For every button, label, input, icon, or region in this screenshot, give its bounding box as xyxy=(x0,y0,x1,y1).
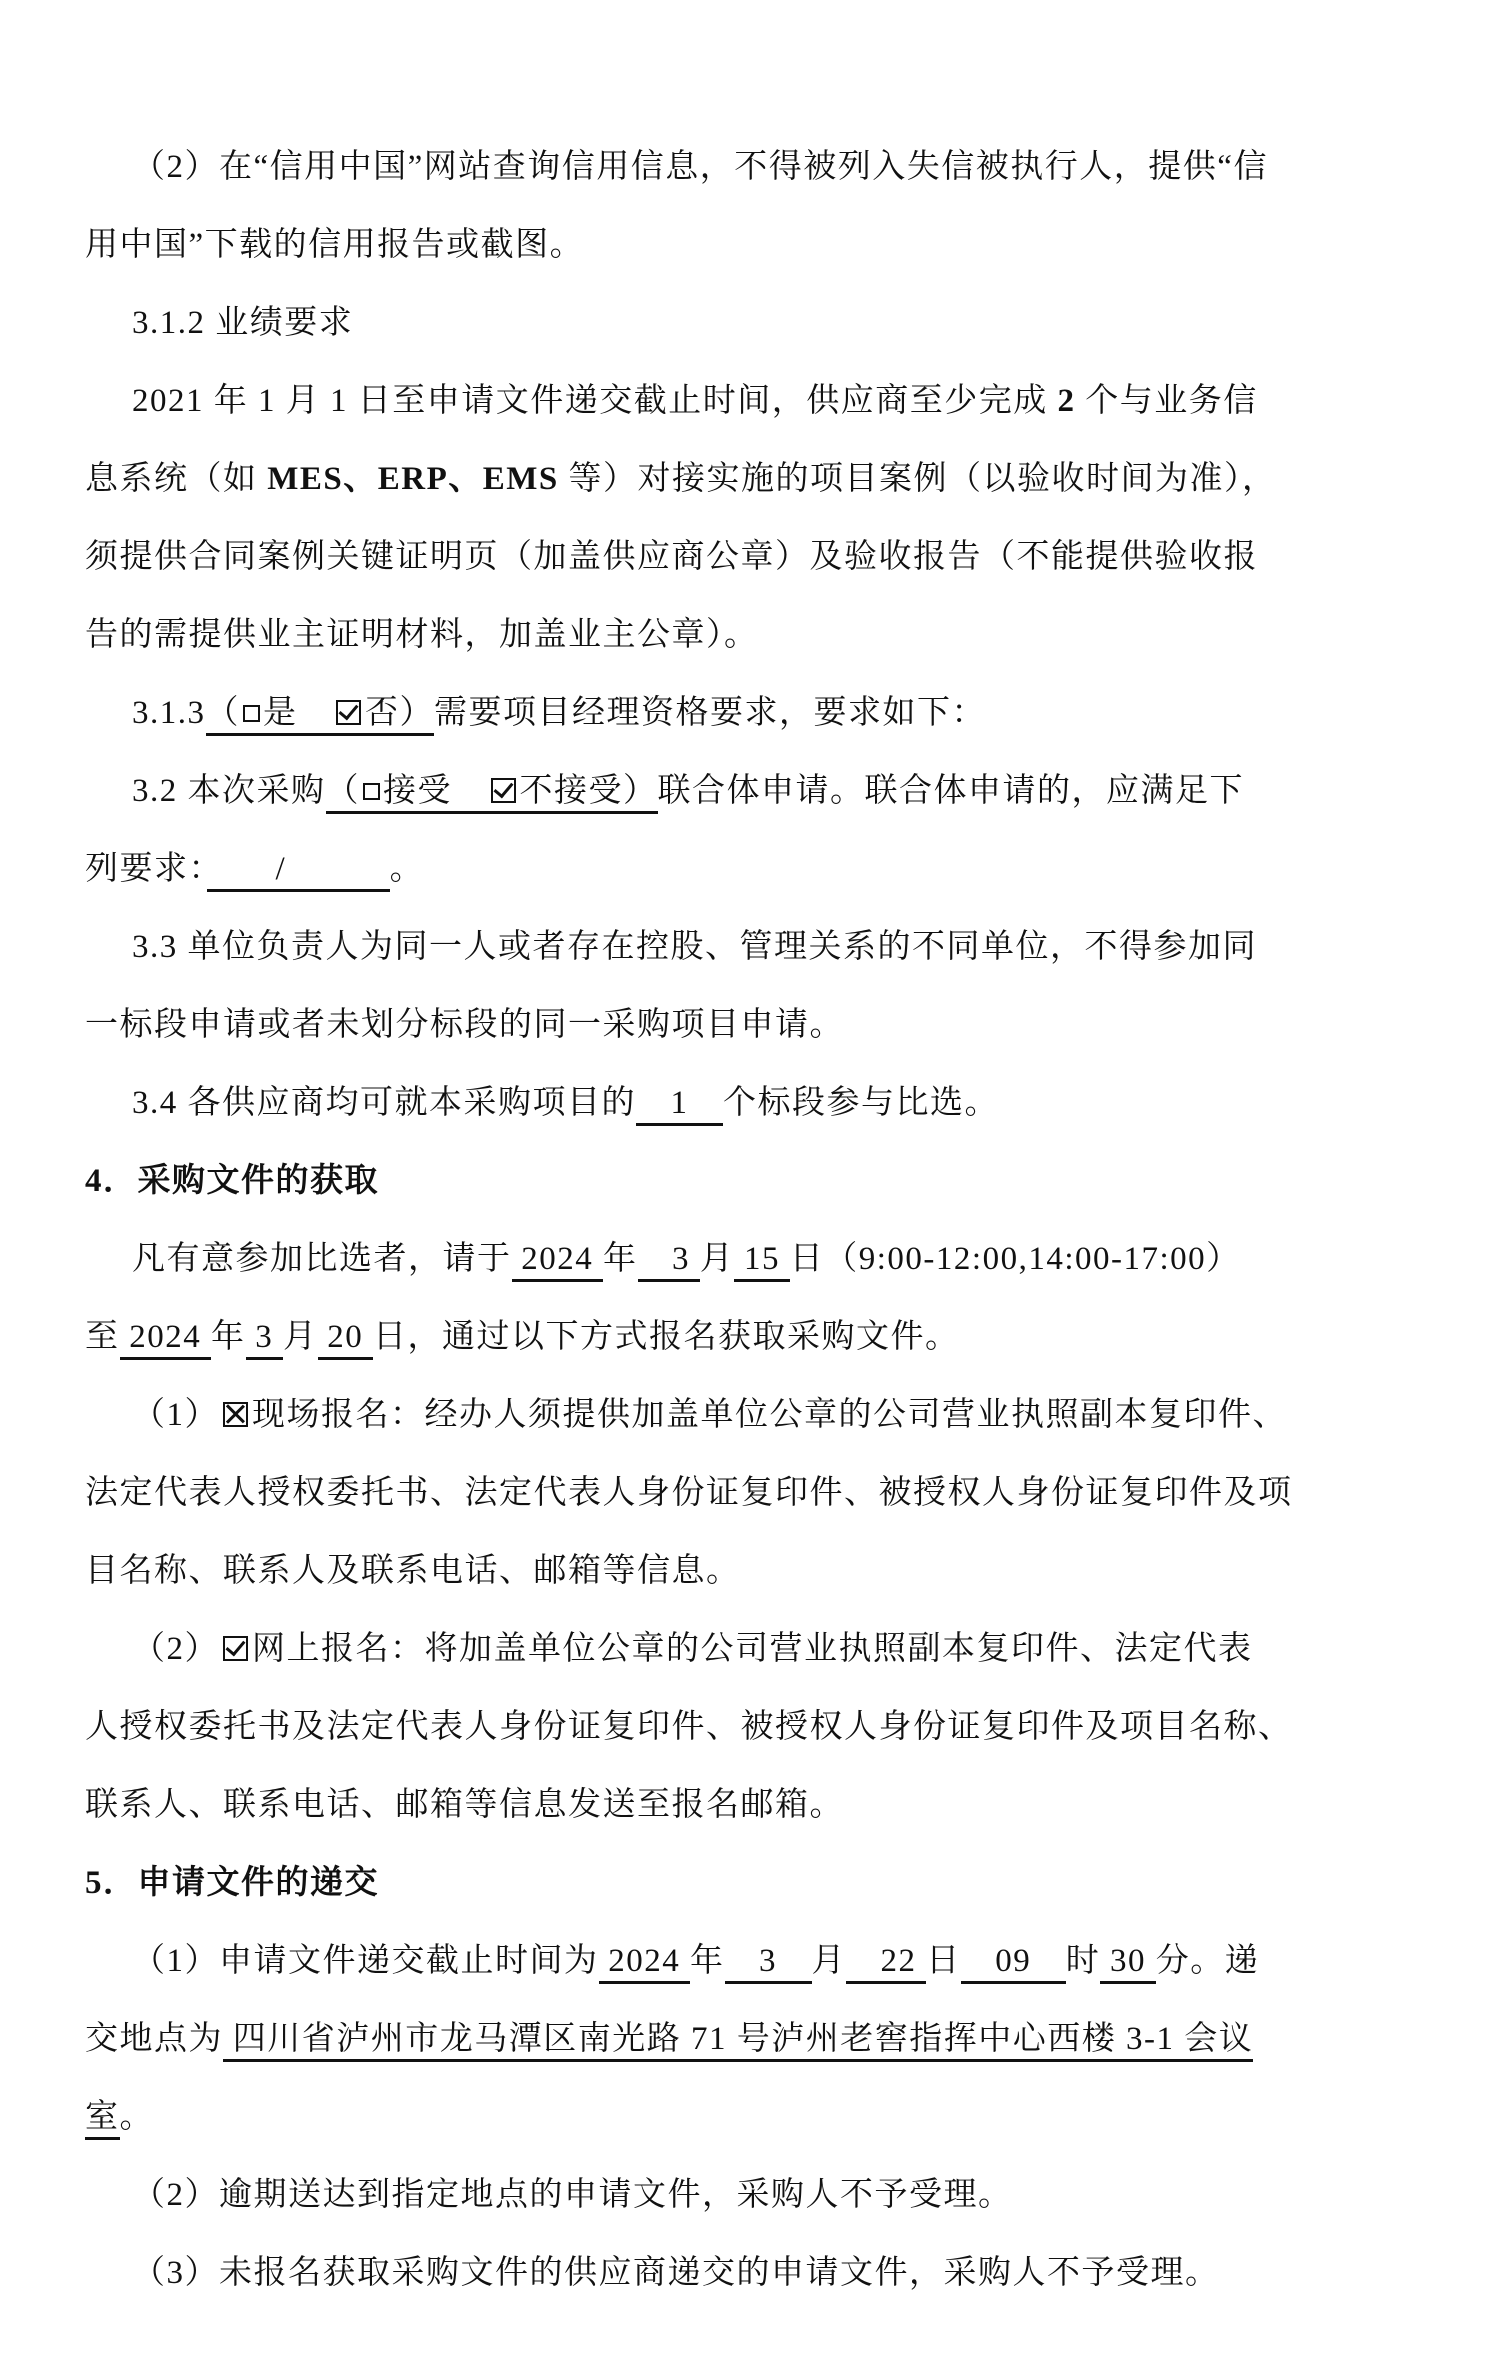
section-heading: 5．申请文件的递交 xyxy=(85,1844,1420,1922)
text-run: 分。递 xyxy=(1156,1943,1260,1979)
text-run: （2）在“信用中国”网站查询信用信息，不得被列入失信被执行人，提供“信 xyxy=(132,149,1268,185)
text-run: 2024 xyxy=(599,1943,691,1984)
checkbox-checked-icon xyxy=(336,700,361,725)
document-page: （2）在“信用中国”网站查询信用信息，不得被列入失信被执行人，提供“信用中国”下… xyxy=(0,0,1500,2366)
text-run: 室 xyxy=(85,2099,120,2140)
paragraph-line: （1）申请文件递交截止时间为 2024 年 3 月 22 日 09 时 30 分… xyxy=(85,1922,1420,2000)
text-run: 09 xyxy=(961,1943,1066,1984)
text-run: 联合体申请。联合体申请的，应满足下 xyxy=(658,773,1245,809)
text-run: 3 xyxy=(246,1319,284,1360)
text-run: 一标段申请或者未划分标段的同一采购项目申请。 xyxy=(85,1007,844,1043)
checkbox-crossed-icon-wrap xyxy=(219,1397,252,1433)
text-run: 网上报名：将加盖单位公章的公司营业执照副本复印件、法定代表 xyxy=(252,1631,1253,1667)
text-run: 等）对接实施的项目案例（以验收时间为准）， xyxy=(559,461,1277,497)
text-run: MES、ERP、EMS xyxy=(267,461,559,497)
paragraph-line: 联系人、联系电话、邮箱等信息发送至报名邮箱。 xyxy=(85,1766,1420,1844)
text-run: 告的需提供业主证明材料，加盖业主公章）。 xyxy=(85,617,759,653)
paragraph-line: 列要求： / 。 xyxy=(85,830,1420,908)
text-run: 30 xyxy=(1100,1943,1156,1984)
paragraph-line: 人授权委托书及法定代表人身份证复印件、被授权人身份证复印件及项目名称、 xyxy=(85,1688,1420,1766)
paragraph-line: 2021 年 1 月 1 日至申请文件递交截止时间，供应商至少完成 2 个与业务… xyxy=(85,362,1420,440)
text-run: 个与业务信 xyxy=(1076,383,1258,419)
text-run: 凡有意参加比选者，请于 xyxy=(132,1241,512,1277)
text-run: 3 xyxy=(638,1241,700,1282)
paragraph-line: （1）现场报名：经办人须提供加盖单位公章的公司营业执照副本复印件、 xyxy=(85,1376,1420,1454)
text-run: 3.3 单位负责人为同一人或者存在控股、管理关系的不同单位，不得参加同 xyxy=(132,929,1257,965)
document-body: （2）在“信用中国”网站查询信用信息，不得被列入失信被执行人，提供“信用中国”下… xyxy=(85,128,1420,2312)
text-run: （2）逾期送达到指定地点的申请文件，采购人不予受理。 xyxy=(132,2177,1013,2213)
paragraph-line: 告的需提供业主证明材料，加盖业主公章）。 xyxy=(85,596,1420,674)
text-run: 日，通过以下方式报名获取采购文件。 xyxy=(373,1319,960,1355)
text-run: 年 xyxy=(603,1241,638,1277)
text-run: 。 xyxy=(390,851,425,887)
checkbox-empty-icon-wrap xyxy=(360,773,383,814)
section-heading: 4．采购文件的获取 xyxy=(85,1142,1420,1220)
text-run: （3）未报名获取采购文件的供应商递交的申请文件，采购人不予受理。 xyxy=(132,2255,1220,2291)
paragraph-line: 3.1.3（是 否）需要项目经理资格要求，要求如下： xyxy=(85,674,1420,752)
paragraph-line: 一标段申请或者未划分标段的同一采购项目申请。 xyxy=(85,986,1420,1064)
text-run: 2 xyxy=(1058,383,1076,419)
text-run: 1 xyxy=(636,1085,723,1126)
text-run: 月 xyxy=(283,1319,318,1355)
paragraph-line: 须提供合同案例关键证明页（加盖供应商公章）及验收报告（不能提供验收报 xyxy=(85,518,1420,596)
text-run: 须提供合同案例关键证明页（加盖供应商公章）及验收报告（不能提供验收报 xyxy=(85,539,1258,575)
paragraph-line: 用中国”下载的信用报告或截图。 xyxy=(85,206,1420,284)
text-run: 现场报名：经办人须提供加盖单位公章的公司营业执照副本复印件、 xyxy=(252,1397,1287,1433)
text-run: 3.4 各供应商均可就本采购项目的 xyxy=(132,1085,636,1121)
text-run: 人授权委托书及法定代表人身份证复印件、被授权人身份证复印件及项目名称、 xyxy=(85,1709,1293,1745)
text-run: 3 xyxy=(725,1943,812,1984)
text-run: （2） xyxy=(132,1631,219,1667)
text-run: 15 xyxy=(734,1241,790,1282)
checkbox-empty-icon xyxy=(363,783,380,800)
checkbox-checked-icon-wrap xyxy=(487,773,520,814)
text-run: （1）申请文件递交截止时间为 xyxy=(132,1943,599,1979)
text-run: 2021 年 1 月 1 日至申请文件递交截止时间，供应商至少完成 xyxy=(132,383,1058,419)
paragraph-line: （3）未报名获取采购文件的供应商递交的申请文件，采购人不予受理。 xyxy=(85,2234,1420,2312)
paragraph-line: 3.4 各供应商均可就本采购项目的 1 个标段参与比选。 xyxy=(85,1064,1420,1142)
text-run: 20 xyxy=(318,1319,374,1360)
checkbox-empty-icon xyxy=(243,705,260,722)
paragraph-line: 室。 xyxy=(85,2078,1420,2156)
text-run: 22 xyxy=(846,1943,926,1984)
text-run: 月 xyxy=(700,1241,735,1277)
text-run: 不接受） xyxy=(520,773,658,814)
text-run: 日（9:00-12:00,14:00-17:00） xyxy=(790,1241,1241,1277)
text-run: 2024 xyxy=(120,1319,212,1360)
text-run: 月 xyxy=(812,1943,847,1979)
text-run: 交地点为 xyxy=(85,2021,223,2057)
paragraph-line: 目名称、联系人及联系电话、邮箱等信息。 xyxy=(85,1532,1420,1610)
text-run: 4．采购文件的获取 xyxy=(85,1163,379,1199)
text-run: （ xyxy=(326,773,361,814)
text-run: 目名称、联系人及联系电话、邮箱等信息。 xyxy=(85,1553,741,1589)
checkbox-checked-icon-wrap xyxy=(332,695,365,736)
text-run: 。 xyxy=(120,2099,155,2135)
checkbox-crossed-icon xyxy=(223,1402,248,1427)
text-run: 年 xyxy=(690,1943,725,1979)
text-run: 5．申请文件的递交 xyxy=(85,1865,379,1901)
paragraph-line: （2）在“信用中国”网站查询信用信息，不得被列入失信被执行人，提供“信 xyxy=(85,128,1420,206)
text-run: 3.1.2 业绩要求 xyxy=(132,305,353,341)
text-run: 时 xyxy=(1066,1943,1101,1979)
text-run: 至 xyxy=(85,1319,120,1355)
text-run: 3.2 本次采购 xyxy=(132,773,326,809)
paragraph-line: 3.2 本次采购（接受 不接受）联合体申请。联合体申请的，应满足下 xyxy=(85,752,1420,830)
checkbox-empty-icon-wrap xyxy=(240,695,263,736)
text-run: 用中国”下载的信用报告或截图。 xyxy=(85,227,584,263)
text-run: 法定代表人授权委托书、法定代表人身份证复印件、被授权人身份证复印件及项 xyxy=(85,1475,1293,1511)
paragraph-line: （2）网上报名：将加盖单位公章的公司营业执照副本复印件、法定代表 xyxy=(85,1610,1420,1688)
text-run: 个标段参与比选。 xyxy=(723,1085,999,1121)
text-run: 列要求： xyxy=(85,851,207,887)
text-run: 是 xyxy=(263,695,332,736)
text-run: 接受 xyxy=(383,773,487,814)
text-run: / xyxy=(207,851,390,892)
text-run: 3.1.3 xyxy=(132,695,206,731)
paragraph-line: 3.3 单位负责人为同一人或者存在控股、管理关系的不同单位，不得参加同 xyxy=(85,908,1420,986)
text-run: 日 xyxy=(926,1943,961,1979)
text-run: 息系统（如 xyxy=(85,461,267,497)
paragraph-line: 至 2024 年 3 月 20 日，通过以下方式报名获取采购文件。 xyxy=(85,1298,1420,1376)
paragraph-line: 息系统（如 MES、ERP、EMS 等）对接实施的项目案例（以验收时间为准）， xyxy=(85,440,1420,518)
paragraph-line: （2）逾期送达到指定地点的申请文件，采购人不予受理。 xyxy=(85,2156,1420,2234)
checkbox-checked-icon xyxy=(223,1636,248,1661)
checkbox-checked-icon xyxy=(491,778,516,803)
paragraph-line: 法定代表人授权委托书、法定代表人身份证复印件、被授权人身份证复印件及项 xyxy=(85,1454,1420,1532)
paragraph-line: 交地点为 四川省泸州市龙马潭区南光路 71 号泸州老窖指挥中心西楼 3-1 会议 xyxy=(85,2000,1420,2078)
text-run: （ xyxy=(206,695,241,736)
text-run: 需要项目经理资格要求，要求如下： xyxy=(434,695,986,731)
text-run: 年 xyxy=(211,1319,246,1355)
text-run: 四川省泸州市龙马潭区南光路 71 号泸州老窖指挥中心西楼 3-1 会议 xyxy=(223,2021,1253,2062)
text-run: （1） xyxy=(132,1397,219,1433)
paragraph-line: 3.1.2 业绩要求 xyxy=(85,284,1420,362)
text-run: 2024 xyxy=(512,1241,604,1282)
text-run: 联系人、联系电话、邮箱等信息发送至报名邮箱。 xyxy=(85,1787,844,1823)
checkbox-checked-icon-wrap xyxy=(219,1631,252,1667)
paragraph-line: 凡有意参加比选者，请于 2024 年 3 月 15 日（9:00-12:00,1… xyxy=(85,1220,1420,1298)
text-run: 否） xyxy=(365,695,434,736)
